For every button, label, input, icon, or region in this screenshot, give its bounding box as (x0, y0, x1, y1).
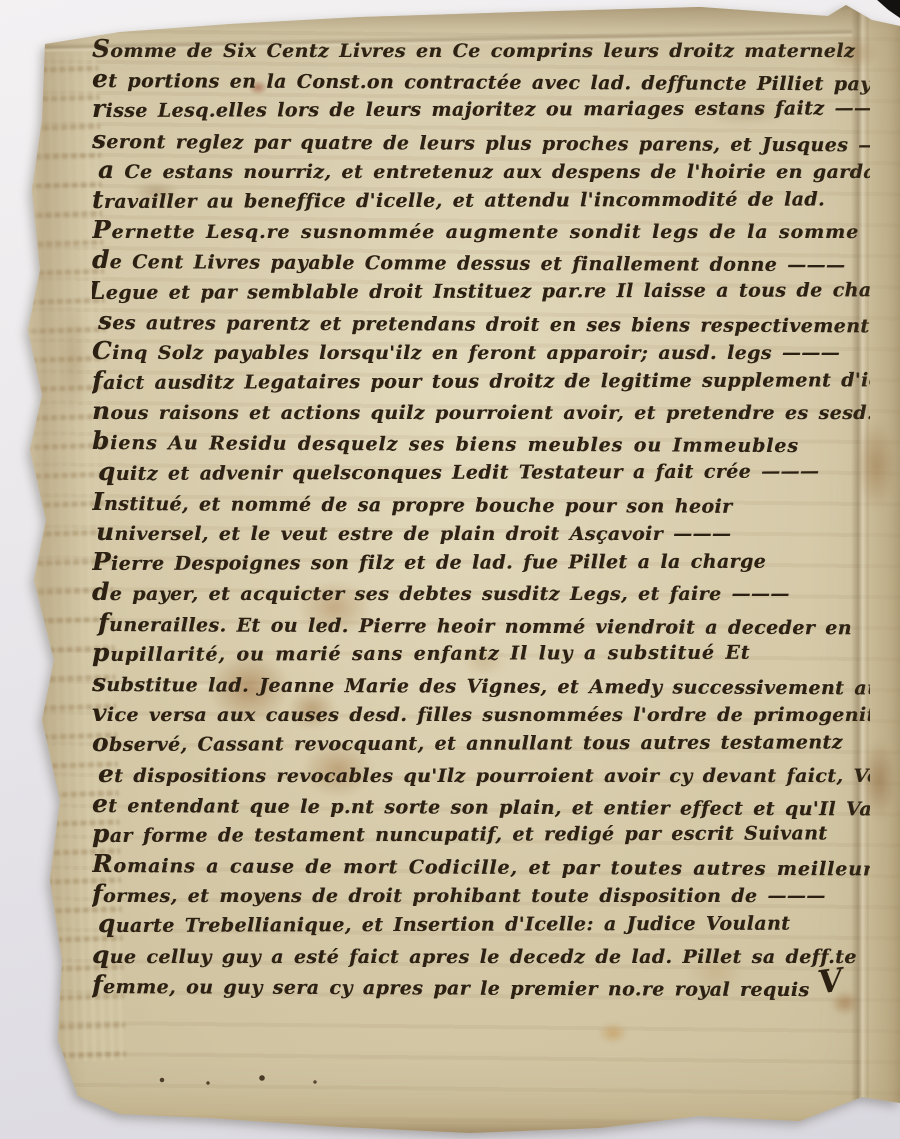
page-vignette (0, 0, 900, 1139)
manuscript-page: Somme de Six Centz Livres en Ce comprins… (0, 0, 900, 1139)
photograph-background: Somme de Six Centz Livres en Ce comprins… (0, 0, 900, 1139)
manuscript-page-wrap: Somme de Six Centz Livres en Ce comprins… (0, 0, 900, 1139)
